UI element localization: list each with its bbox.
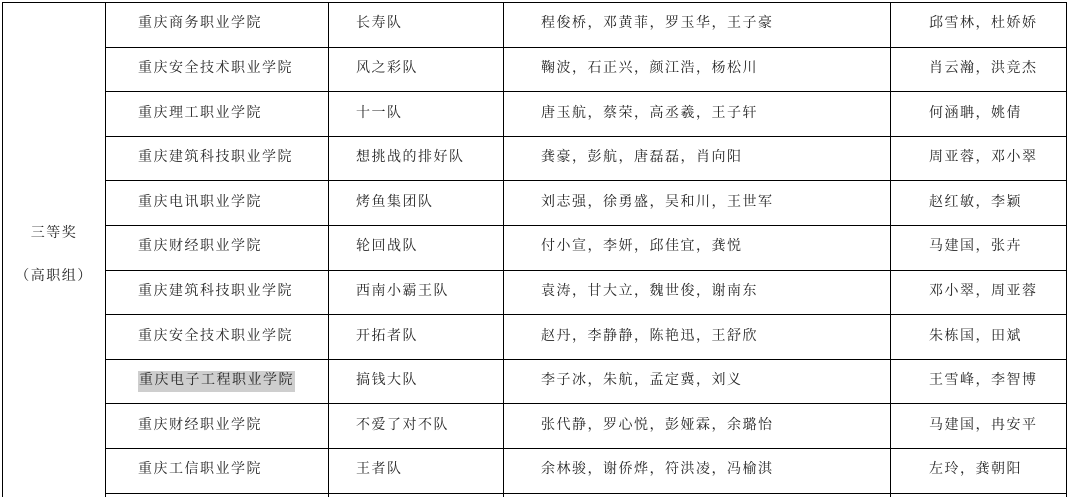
school-text: 重庆建筑科技职业学院 bbox=[138, 150, 293, 167]
teachers-text: 左玲，龚朝阳 bbox=[929, 462, 1022, 479]
table-cell-team: 王者队 bbox=[329, 449, 504, 494]
table-cell-members: 付小宣，李妍，邱佳宜，龚悦 bbox=[504, 226, 891, 271]
table-cell-team: 长寿队 bbox=[329, 3, 504, 48]
team-text: 开拓者队 bbox=[356, 329, 418, 346]
members-text: 鞠波，石正兴，颜江浩，杨松川 bbox=[541, 61, 758, 78]
table-cell-school: 重庆电子工程职业学院 bbox=[106, 360, 329, 405]
teachers-text: 肖云瀚，洪竞杰 bbox=[929, 61, 1038, 78]
school-text: 重庆商务职业学院 bbox=[138, 16, 262, 33]
table-cell-team: 想挑战的排好队 bbox=[329, 137, 504, 182]
school-text: 重庆电子工程职业学院 bbox=[138, 371, 295, 392]
table-cell-school: 重庆商务职业学院 bbox=[106, 3, 329, 48]
teachers-text: 赵红敏，李颖 bbox=[929, 195, 1022, 212]
table-cell-members: 余林骏，谢侨烨，符洪凌，冯榆淇 bbox=[504, 449, 891, 494]
table-cell-team: 开拓者队 bbox=[329, 315, 504, 360]
members-text: 刘志强，徐勇盛，吴和川，王世军 bbox=[541, 195, 774, 212]
table-cell-teachers: 何涵聃，姚倩 bbox=[891, 92, 1067, 137]
table-cell-team: 十一队 bbox=[329, 92, 504, 137]
table-cell-teachers: 邱雪林，杜娇娇 bbox=[891, 3, 1067, 48]
table-cell-school: 重庆安全技术职业学院 bbox=[106, 315, 329, 360]
team-text: 风之彩队 bbox=[356, 61, 418, 78]
team-text: 王者队 bbox=[356, 462, 403, 479]
table-cell-cropped bbox=[329, 494, 504, 497]
school-text: 重庆建筑科技职业学院 bbox=[138, 284, 293, 301]
award-group-label: （高职组） bbox=[15, 265, 93, 285]
table-cell-cropped bbox=[106, 494, 329, 497]
table-cell-school: 重庆安全技术职业学院 bbox=[106, 48, 329, 93]
table-cell-school: 重庆财经职业学院 bbox=[106, 226, 329, 271]
table-cell-school: 重庆建筑科技职业学院 bbox=[106, 271, 329, 316]
members-text: 龚豪，彭航，唐磊磊，肖向阳 bbox=[541, 150, 743, 167]
members-text: 程俊桥，邓黄菲，罗玉华，王子豪 bbox=[541, 16, 774, 33]
table-cell-school: 重庆理工职业学院 bbox=[106, 92, 329, 137]
school-text: 重庆安全技术职业学院 bbox=[138, 329, 293, 346]
table-cell-members: 李子冰，朱航，孟定冀，刘义 bbox=[504, 360, 891, 405]
table-cell-teachers: 左玲，龚朝阳 bbox=[891, 449, 1067, 494]
members-text: 李子冰，朱航，孟定冀，刘义 bbox=[541, 373, 743, 390]
team-text: 长寿队 bbox=[356, 16, 403, 33]
school-text: 重庆安全技术职业学院 bbox=[138, 61, 293, 78]
teachers-text: 马建国，张卉 bbox=[929, 239, 1022, 256]
members-text: 余林骏，谢侨烨，符洪凌，冯榆淇 bbox=[541, 462, 774, 479]
table-cell-teachers: 马建国，冉安平 bbox=[891, 404, 1067, 449]
table-cell-teachers: 朱栋国，田斌 bbox=[891, 315, 1067, 360]
members-text: 张代静，罗心悦，彭娅霖，余璐怡 bbox=[541, 418, 774, 435]
teachers-text: 朱栋国，田斌 bbox=[929, 329, 1022, 346]
school-text: 重庆工信职业学院 bbox=[138, 462, 262, 479]
members-text: 赵丹，李静静，陈艳迅，王舒欣 bbox=[541, 329, 758, 346]
table-cell-teachers: 王雪峰，李智博 bbox=[891, 360, 1067, 405]
teachers-text: 邱雪林，杜娇娇 bbox=[929, 16, 1038, 33]
table-cell-team: 轮回战队 bbox=[329, 226, 504, 271]
table-cell-team: 搞钱大队 bbox=[329, 360, 504, 405]
table-cell-members: 刘志强，徐勇盛，吴和川，王世军 bbox=[504, 181, 891, 226]
team-text: 十一队 bbox=[356, 106, 403, 123]
school-text: 重庆财经职业学院 bbox=[138, 239, 262, 256]
team-text: 搞钱大队 bbox=[356, 373, 418, 390]
team-text: 轮回战队 bbox=[356, 239, 418, 256]
team-text: 不爱了对不队 bbox=[356, 418, 449, 435]
teachers-text: 何涵聃，姚倩 bbox=[929, 106, 1022, 123]
table-cell-teachers: 邓小翠，周亚蓉 bbox=[891, 271, 1067, 316]
award-name-label: 三等奖 bbox=[31, 222, 78, 242]
table-cell-members: 程俊桥，邓黄菲，罗玉华，王子豪 bbox=[504, 3, 891, 48]
teachers-text: 马建国，冉安平 bbox=[929, 418, 1038, 435]
table-cell-school: 重庆建筑科技职业学院 bbox=[106, 137, 329, 182]
table-cell-team: 烤鱼集团队 bbox=[329, 181, 504, 226]
members-text: 付小宣，李妍，邱佳宜，龚悦 bbox=[541, 239, 743, 256]
team-text: 烤鱼集团队 bbox=[356, 195, 434, 212]
members-text: 袁涛，甘大立，魏世俊，谢南东 bbox=[541, 284, 758, 301]
teachers-text: 邓小翠，周亚蓉 bbox=[929, 284, 1038, 301]
document-page: 三等奖 （高职组） 重庆商务职业学院长寿队程俊桥，邓黄菲，罗玉华，王子豪邱雪林，… bbox=[0, 0, 1070, 497]
table-cell-members: 袁涛，甘大立，魏世俊，谢南东 bbox=[504, 271, 891, 316]
table-cell-school: 重庆工信职业学院 bbox=[106, 449, 329, 494]
table-cell-members: 龚豪，彭航，唐磊磊，肖向阳 bbox=[504, 137, 891, 182]
team-text: 西南小霸王队 bbox=[356, 284, 449, 301]
table-cell-members: 张代静，罗心悦，彭娅霖，余璐怡 bbox=[504, 404, 891, 449]
table-cell-team: 不爱了对不队 bbox=[329, 404, 504, 449]
table-cell-teachers: 周亚蓉，邓小翠 bbox=[891, 137, 1067, 182]
teachers-text: 周亚蓉，邓小翠 bbox=[929, 150, 1038, 167]
table-cell-school: 重庆电讯职业学院 bbox=[106, 181, 329, 226]
table-cell-members: 赵丹，李静静，陈艳迅，王舒欣 bbox=[504, 315, 891, 360]
table-cell-cropped bbox=[504, 494, 891, 497]
school-text: 重庆财经职业学院 bbox=[138, 418, 262, 435]
table-cell-teachers: 肖云瀚，洪竞杰 bbox=[891, 48, 1067, 93]
award-table: 三等奖 （高职组） 重庆商务职业学院长寿队程俊桥，邓黄菲，罗玉华，王子豪邱雪林，… bbox=[2, 2, 1067, 497]
table-cell-teachers: 赵红敏，李颖 bbox=[891, 181, 1067, 226]
school-text: 重庆电讯职业学院 bbox=[138, 195, 262, 212]
table-cell-team: 风之彩队 bbox=[329, 48, 504, 93]
table-cell-teachers: 马建国，张卉 bbox=[891, 226, 1067, 271]
team-text: 想挑战的排好队 bbox=[356, 150, 465, 167]
school-text: 重庆理工职业学院 bbox=[138, 106, 262, 123]
table-cell-members: 唐玉航，蔡荣，高丞羲，王子轩 bbox=[504, 92, 891, 137]
table-cell-school: 重庆财经职业学院 bbox=[106, 404, 329, 449]
teachers-text: 王雪峰，李智博 bbox=[929, 373, 1038, 390]
table-cell-cropped bbox=[891, 494, 1067, 497]
table-cell-team: 西南小霸王队 bbox=[329, 271, 504, 316]
table-cell-members: 鞠波，石正兴，颜江浩，杨松川 bbox=[504, 48, 891, 93]
award-group-cell: 三等奖 （高职组） bbox=[3, 3, 106, 497]
members-text: 唐玉航，蔡荣，高丞羲，王子轩 bbox=[541, 106, 758, 123]
